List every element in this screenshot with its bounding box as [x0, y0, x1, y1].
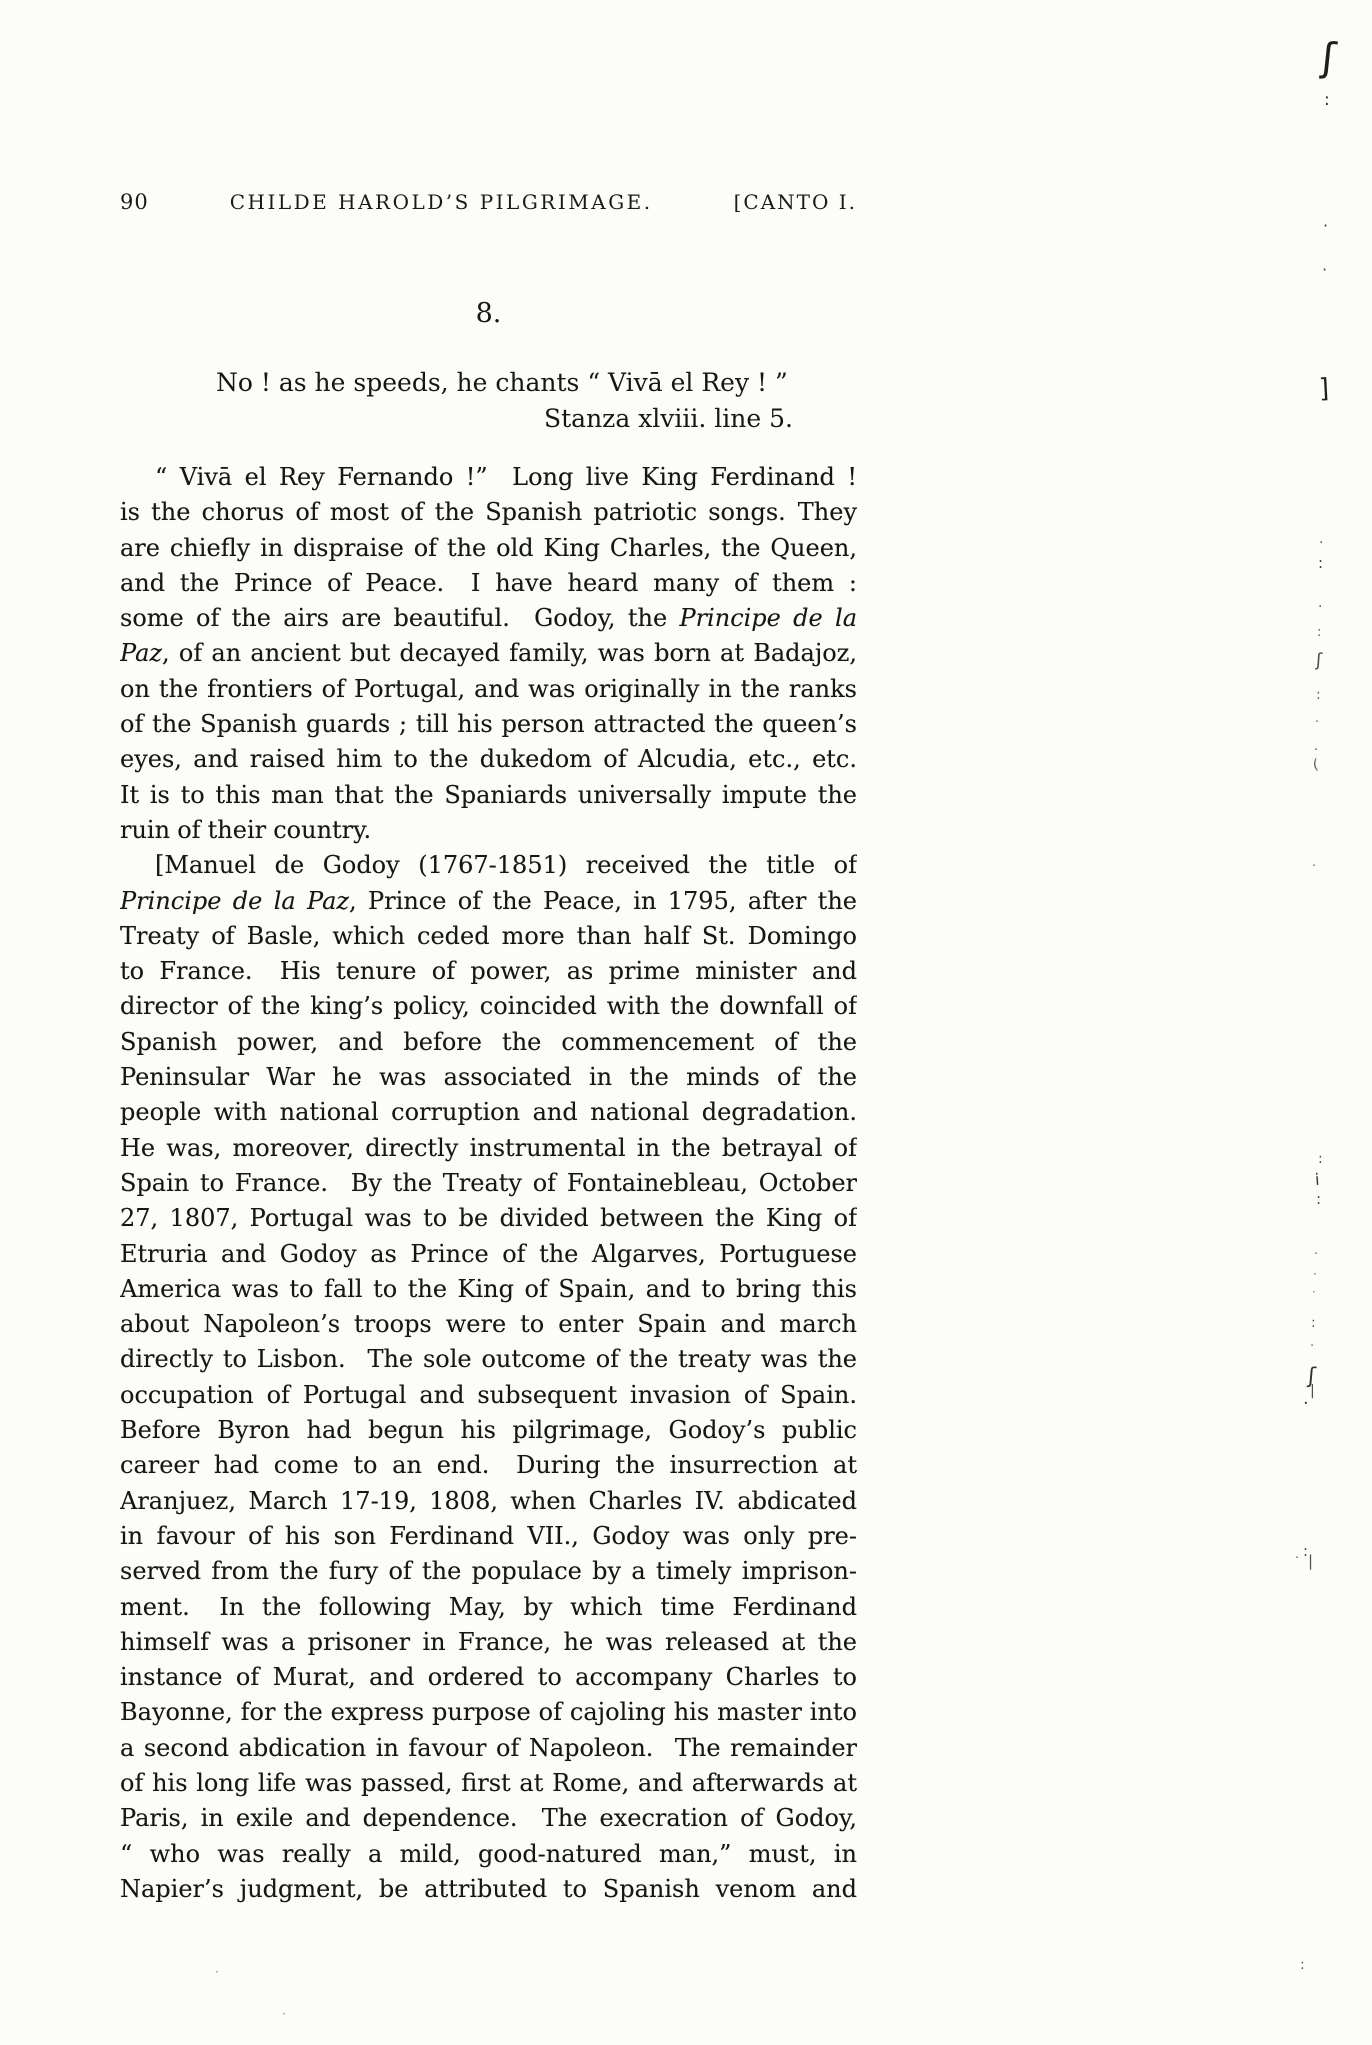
- text-line: director of the king’s policy, coincided…: [120, 989, 857, 1024]
- text-line: Paz, of an ancient but decayed family, w…: [120, 636, 857, 671]
- scan-artifact: (: [1312, 758, 1319, 772]
- scan-artifact: i: [1314, 1172, 1320, 1188]
- text-line: Spain to France. By the Treaty of Fontai…: [120, 1166, 857, 1201]
- scan-artifact: ·: [1312, 860, 1316, 873]
- text-line: occupation of Portugal and subsequent in…: [120, 1378, 857, 1413]
- scan-artifact: |: [1310, 1384, 1315, 1398]
- scan-artifact: ·: [282, 2008, 286, 2020]
- scan-artifact: ·: [1315, 716, 1319, 729]
- text-line: and the Prince of Peace. I have heard ma…: [120, 566, 857, 601]
- scan-artifact: ·: [1319, 536, 1323, 550]
- scan-artifact: |: [1308, 1554, 1313, 1569]
- scan-artifact: ·: [1314, 744, 1318, 757]
- text-line: about Napoleon’s troops were to enter Sp…: [120, 1307, 857, 1342]
- book-page: 90 CHILDE HAROLD’S PILGRIMAGE. [CANTO I.…: [0, 0, 1372, 2045]
- text-line: Treaty of Basle, which ceded more than h…: [120, 919, 857, 954]
- text-line: 27, 1807, Portugal was to be divided bet…: [120, 1201, 857, 1236]
- scan-artifact: ·: [1310, 1340, 1314, 1353]
- scan-artifact: ·: [1295, 1552, 1299, 1565]
- scan-artifact: :: [1317, 626, 1321, 639]
- text-line: Napier’s judgment, be attributed to Span…: [120, 1872, 857, 1907]
- text-line: Etruria and Godoy as Prince of the Algar…: [120, 1237, 857, 1272]
- text-line: Aranjuez, March 17-19, 1808, when Charle…: [120, 1484, 857, 1519]
- text-line: Peninsular War he was associated in the …: [120, 1060, 857, 1095]
- text-line: some of the airs are beautiful. Godoy, t…: [120, 601, 857, 636]
- text-line: ruin of their country.: [120, 813, 857, 848]
- scan-artifact: ]: [1318, 376, 1330, 402]
- text-line: It is to this man that the Spaniards uni…: [120, 778, 857, 813]
- scan-artifact: ·: [215, 1966, 219, 1978]
- scan-artifact: :: [1324, 92, 1330, 109]
- scan-artifact: ·: [1312, 1286, 1316, 1298]
- scan-artifact: ·: [1318, 600, 1322, 614]
- text-line: of the Spanish guards ; till his person …: [120, 707, 857, 742]
- page-number: 90: [120, 190, 149, 214]
- canto-label: [CANTO I.: [734, 190, 857, 214]
- text-line: of his long life was passed, first at Ro…: [120, 1766, 857, 1801]
- note-paragraph: [Manuel de Godoy (1767-1851) received th…: [120, 848, 857, 1907]
- stanza-attribution: Stanza xlviii. line 5.: [120, 404, 857, 433]
- text-line: directly to Lisbon. The sole outcome of …: [120, 1342, 857, 1377]
- scan-artifact: .: [1303, 1390, 1309, 1408]
- running-title: CHILDE HAROLD’S PILGRIMAGE.: [230, 190, 653, 214]
- text-line: Principe de la Paz, Prince of the Peace,…: [120, 884, 857, 919]
- text-line: ment. In the following May, by which tim…: [120, 1590, 857, 1625]
- text-line: Before Byron had begun his pilgrimage, G…: [120, 1413, 857, 1448]
- text-line: [Manuel de Godoy (1767-1851) received th…: [120, 848, 857, 883]
- scan-artifact: ʃ: [1320, 37, 1338, 78]
- text-line: to France. His tenure of power, as prime…: [120, 954, 857, 989]
- scan-artifact: :: [1318, 1152, 1323, 1166]
- text-line: Paris, in exile and dependence. The exec…: [120, 1801, 857, 1836]
- text-line: are chiefly in dispraise of the old King…: [120, 531, 857, 566]
- text-line: Spanish power, and before the commenceme…: [120, 1025, 857, 1060]
- text-line: Bayonne, for the express purpose of cajo…: [120, 1695, 857, 1730]
- text-line: himself was a prisoner in France, he was…: [120, 1625, 857, 1660]
- scan-artifact: ·: [1313, 1268, 1317, 1280]
- running-head: 90 CHILDE HAROLD’S PILGRIMAGE. [CANTO I.: [120, 190, 857, 214]
- section-number: 8.: [120, 298, 857, 329]
- verse-quote: No ! as he speeds, he chants “ Vivā el R…: [216, 368, 788, 397]
- text-line: He was, moreover, directly instrumental …: [120, 1131, 857, 1166]
- text-line: a second abdication in favour of Napoleo…: [120, 1731, 857, 1766]
- scan-artifact: :: [1316, 688, 1321, 702]
- scan-artifact: :: [1318, 556, 1323, 571]
- text-line: eyes, and raised him to the dukedom of A…: [120, 742, 857, 777]
- text-line: “ Vivā el Rey Fernando !” Long live King…: [120, 460, 857, 495]
- text-line: America was to fall to the King of Spain…: [120, 1272, 857, 1307]
- scan-artifact: ·: [1323, 218, 1328, 234]
- scan-artifact: :: [1311, 1316, 1316, 1330]
- note-body: “ Vivā el Rey Fernando !” Long live King…: [120, 460, 857, 1907]
- text-line: instance of Murat, and ordered to accomp…: [120, 1660, 857, 1695]
- text-line: “ who was really a mild, good-natured ma…: [120, 1837, 857, 1872]
- text-line: career had come to an end. During the in…: [120, 1448, 857, 1483]
- scan-artifact: :: [1303, 1544, 1308, 1559]
- scan-artifact: :: [1316, 1192, 1321, 1207]
- scan-artifact: ʃ: [1315, 652, 1322, 670]
- text-line: people with national corruption and nati…: [120, 1095, 857, 1130]
- scan-artifact: ·: [1322, 262, 1327, 278]
- note-paragraph: “ Vivā el Rey Fernando !” Long live King…: [120, 460, 857, 848]
- scan-artifact: ·: [1314, 1248, 1318, 1261]
- text-line: served from the fury of the populace by …: [120, 1554, 857, 1589]
- scan-artifact: ʃ: [1307, 1366, 1316, 1389]
- scan-artifact: :: [1300, 1958, 1305, 1972]
- text-line: on the frontiers of Portugal, and was or…: [120, 672, 857, 707]
- text-line: in favour of his son Ferdinand VII., God…: [120, 1519, 857, 1554]
- text-line: is the chorus of most of the Spanish pat…: [120, 495, 857, 530]
